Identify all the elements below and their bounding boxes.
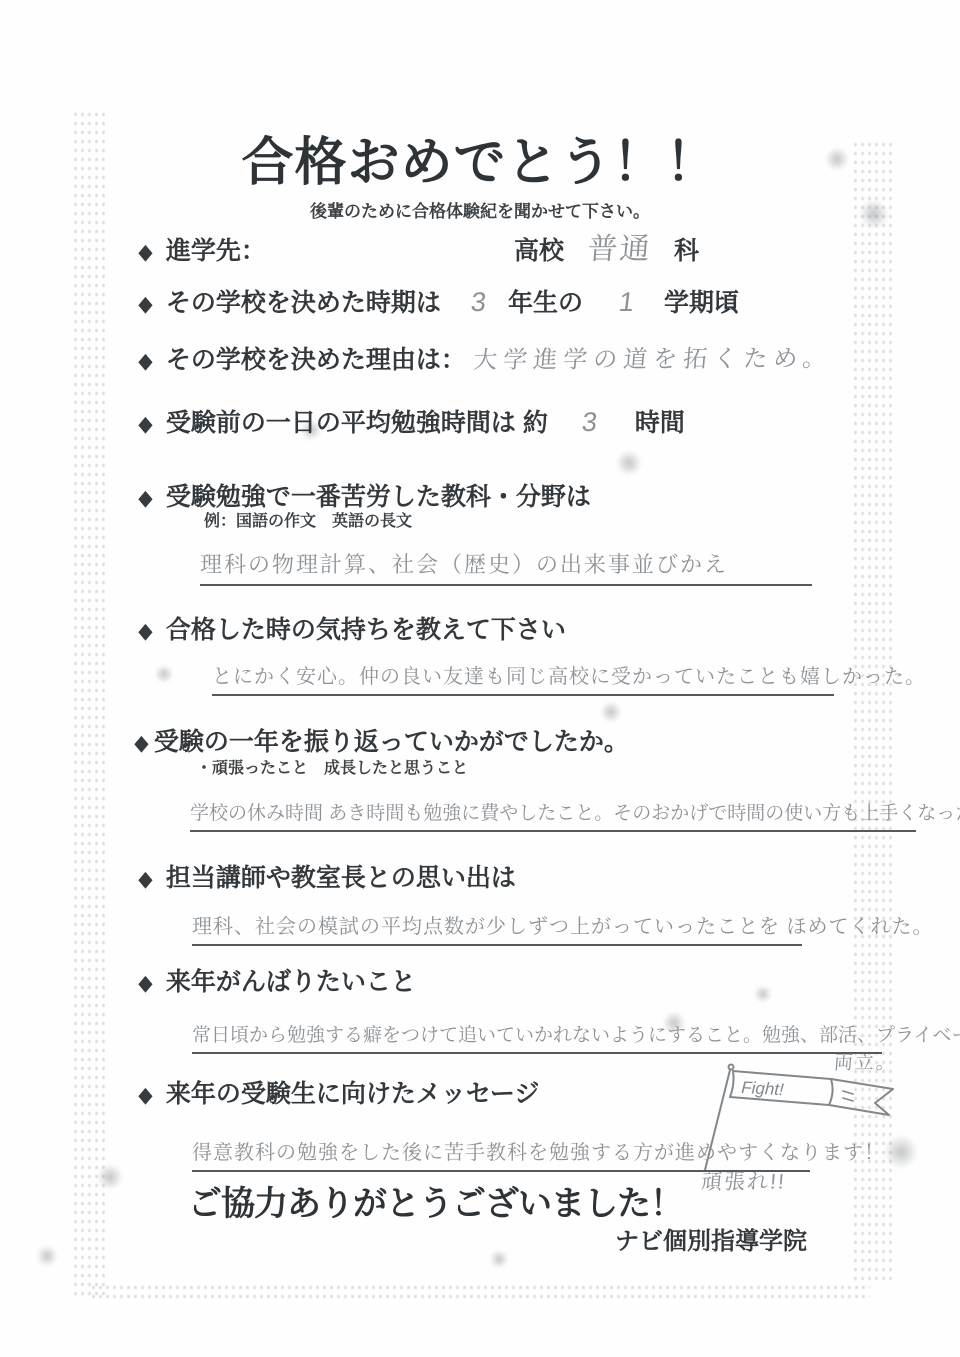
scan-smudge xyxy=(754,984,772,1004)
hardest-subject-answer: 理科の物理計算、社会（歴史）の出来事並びかえ xyxy=(200,548,812,586)
scanned-survey-sheet: 合格おめでとう！！ 後輩のために合格体験紀を聞かせて下さい。 ◆ 進学先： 高校… xyxy=(0,0,960,1357)
question-study-hours: ◆ 受験前の一日の平均勉強時間は 約 3 時間 xyxy=(137,403,685,439)
diamond-bullet-icon: ◆ xyxy=(138,620,152,642)
study-hours-suffix: 時間 xyxy=(635,403,685,439)
feeling-label: 合格した時の気持ちを教えて下さい xyxy=(166,610,566,646)
destination-label: 進学先： xyxy=(166,231,266,267)
decided-time-suffix: 学期頃 xyxy=(664,283,739,319)
question-memories: ◆ 担当講師や教室長との思い出は xyxy=(137,858,516,894)
diamond-bullet-icon: ◆ xyxy=(138,241,152,263)
scan-smudge xyxy=(95,1164,125,1190)
year-review-sublabel: ・頑張ったこと 成長したと思うこと xyxy=(196,755,468,778)
diamond-bullet-icon: ◆ xyxy=(138,487,152,509)
destination-course-answer: 普通 xyxy=(586,224,654,268)
memories-label: 担当講師や教室長との思い出は xyxy=(166,858,516,894)
scan-smudge xyxy=(616,448,642,478)
scan-smudge xyxy=(490,1248,508,1270)
message-label: 来年の受験生に向けたメッセージ xyxy=(166,1074,540,1110)
question-destination: ◆ 進学先： 高校 普通 科 xyxy=(137,224,699,268)
next-year-answer-line1: 常日頃から勉強する癖をつけて追いていかれないようにすること。勉強、部活、プライベ… xyxy=(192,1020,882,1054)
year-review-answer: 学校の休み時間 あき時間も勉強に費やしたこと。そのおかげで時間の使い方も上手くな… xyxy=(190,798,916,832)
decided-time-mid: 年生の xyxy=(508,283,583,319)
scan-smudge xyxy=(154,664,174,684)
diamond-bullet-icon: ◆ xyxy=(138,1084,152,1106)
study-hours-answer: 3 xyxy=(580,407,599,438)
page-subtitle: 後輩のために合格体験紀を聞かせて下さい。 xyxy=(0,197,960,222)
question-year-review: ◆ 受験の一年を振り返っていかがでしたか。 xyxy=(133,722,629,758)
scan-smudge xyxy=(600,700,622,724)
memories-answer: 理科、社会の模試の平均点数が少しずつ上がっていったことを ほめてくれた。 xyxy=(192,910,802,946)
destination-highschool-suffix: 高校 xyxy=(514,231,564,267)
footer-thanks: ご協力ありがとうございました！ xyxy=(188,1176,683,1225)
diamond-bullet-icon: ◆ xyxy=(138,868,152,890)
scan-noise-bottom xyxy=(90,1283,870,1303)
question-decided-time: ◆ その学校を決めた時期は 3 年生の 1 学期頃 xyxy=(137,283,739,319)
decided-time-grade-answer: 3 xyxy=(469,287,488,318)
scan-noise-left xyxy=(72,110,106,1300)
question-feeling: ◆ 合格した時の気持ちを教えて下さい xyxy=(137,610,566,646)
scan-smudge xyxy=(36,1244,58,1268)
reason-answer: 大学進学の道を拓くため。 xyxy=(472,338,834,375)
destination-course-suffix: 科 xyxy=(674,231,699,267)
diamond-bullet-icon: ◆ xyxy=(134,732,148,754)
diamond-bullet-icon: ◆ xyxy=(138,293,152,315)
question-reason: ◆ その学校を決めた理由は： 大学進学の道を拓くため。 xyxy=(137,340,831,376)
page-title: 合格おめでとう！！ xyxy=(0,120,960,195)
year-review-label: 受験の一年を振り返っていかがでしたか。 xyxy=(154,722,629,758)
diamond-bullet-icon: ◆ xyxy=(138,350,152,372)
study-hours-label: 受験前の一日の平均勉強時間は 約 xyxy=(166,403,548,439)
question-message: ◆ 来年の受験生に向けたメッセージ xyxy=(137,1074,539,1110)
next-year-label: 来年がんばりたいこと xyxy=(166,962,416,998)
flag-label: Fight! xyxy=(741,1078,785,1099)
diamond-bullet-icon: ◆ xyxy=(138,413,152,435)
feeling-answer: とにかく安心。仲の良い友達も同じ高校に受かっていたことも嬉しかった。 xyxy=(212,660,834,696)
question-next-year: ◆ 来年がんばりたいこと xyxy=(137,962,416,998)
hardest-subject-example: 例：国語の作文 英語の長文 xyxy=(204,508,412,531)
decided-time-label: その学校を決めた時期は xyxy=(166,283,441,319)
reason-label: その学校を決めた理由は： xyxy=(166,340,466,376)
decided-time-term-answer: 1 xyxy=(617,287,636,318)
footer-organization: ナビ個別指導学院 xyxy=(615,1221,807,1256)
diamond-bullet-icon: ◆ xyxy=(138,972,152,994)
message-cheer: 頑張れ!! xyxy=(700,1166,785,1196)
